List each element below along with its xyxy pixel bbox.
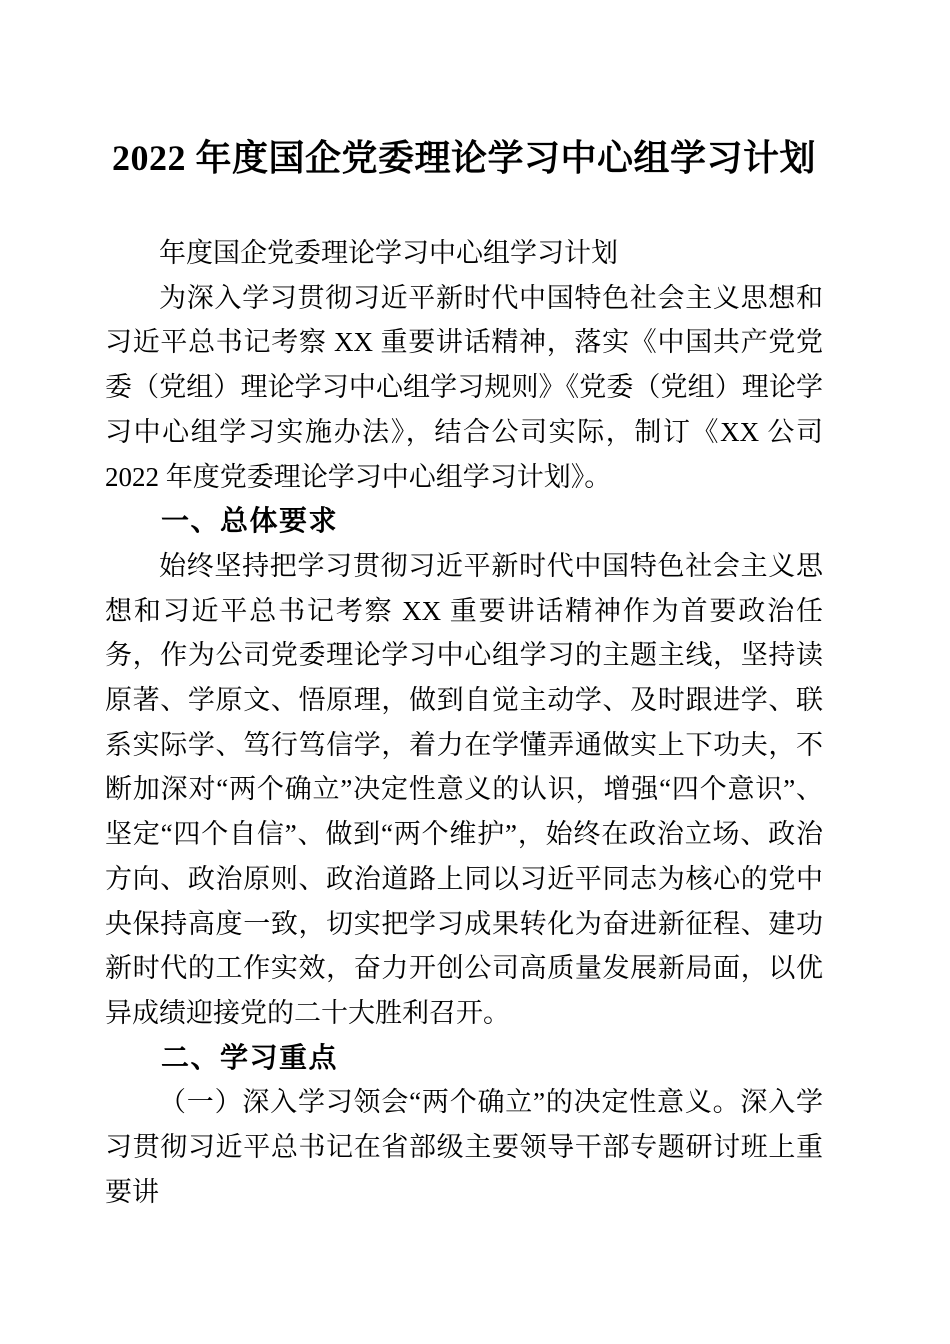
document-title: 2022 年度国企党委理论学习中心组学习计划 bbox=[105, 133, 823, 183]
document-body: 年度国企党委理论学习中心组学习计划为深入学习贯彻习近平新时代中国特色社会主义思想… bbox=[105, 231, 823, 1214]
paragraph: 始终坚持把学习贯彻习近平新时代中国特色社会主义思想和习近平总书记考察 XX 重要… bbox=[105, 544, 823, 1036]
section-heading: 一、总体要求 bbox=[105, 499, 823, 544]
paragraph: 为深入学习贯彻习近平新时代中国特色社会主义思想和习近平总书记考察 XX 重要讲话… bbox=[105, 276, 823, 500]
paragraph: 年度国企党委理论学习中心组学习计划 bbox=[105, 231, 823, 276]
paragraph: （一）深入学习领会“两个确立”的决定性意义。深入学习贯彻习近平总书记在省部级主要… bbox=[105, 1080, 823, 1214]
section-heading: 二、学习重点 bbox=[105, 1036, 823, 1081]
document-page: 2022 年度国企党委理论学习中心组学习计划 年度国企党委理论学习中心组学习计划… bbox=[0, 0, 950, 1344]
